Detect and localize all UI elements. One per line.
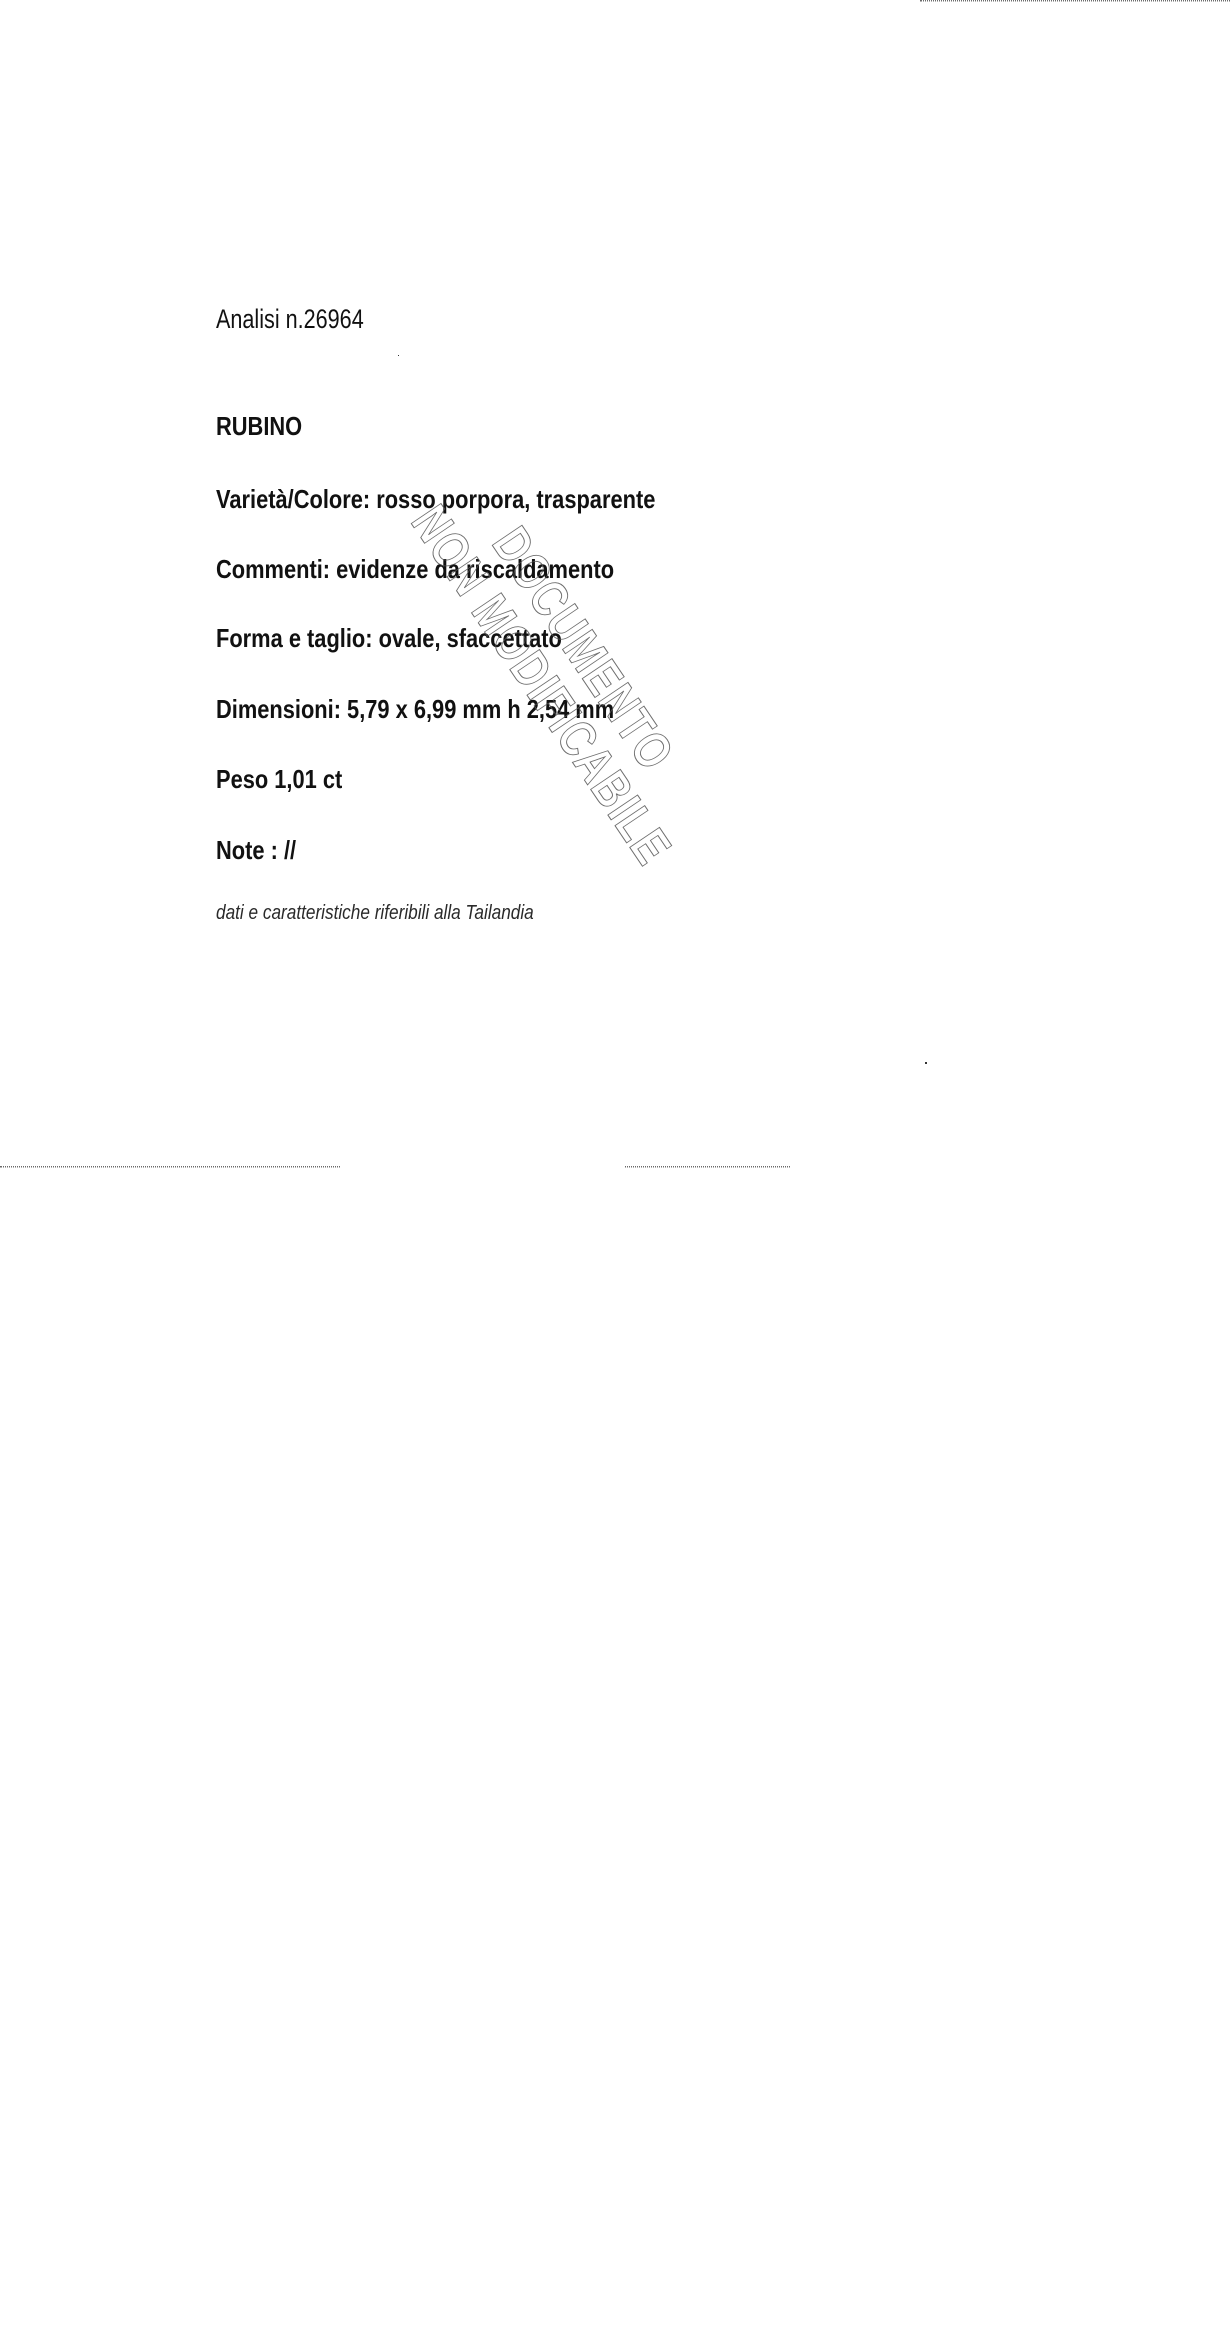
scan-speck (925, 1062, 927, 1064)
watermark-line-2: NON MODIFICABILE (401, 496, 673, 863)
gem-name: RUBINO (216, 413, 302, 439)
field-notes: Note : // (216, 837, 296, 863)
field-shape-cut: Forma e taglio: ovale, sfaccettato (216, 625, 562, 651)
scan-speck (398, 355, 399, 356)
scan-edge-bottom-left (0, 1166, 340, 1168)
scan-edge-top-right (920, 0, 1230, 2)
field-comments: Commenti: evidenze da riscaldamento (216, 556, 614, 582)
field-weight: Peso 1,01 ct (216, 766, 342, 792)
origin-footer-note: dati e caratteristiche riferibili alla T… (216, 903, 534, 923)
field-dimensions: Dimensioni: 5,79 x 6,99 mm h 2,54 mm (216, 696, 614, 722)
scan-edge-bottom-right (625, 1166, 790, 1168)
analysis-number: Analisi n.26964 (216, 306, 364, 333)
field-variety-color: Varietà/Colore: rosso porpora, trasparen… (216, 486, 655, 512)
